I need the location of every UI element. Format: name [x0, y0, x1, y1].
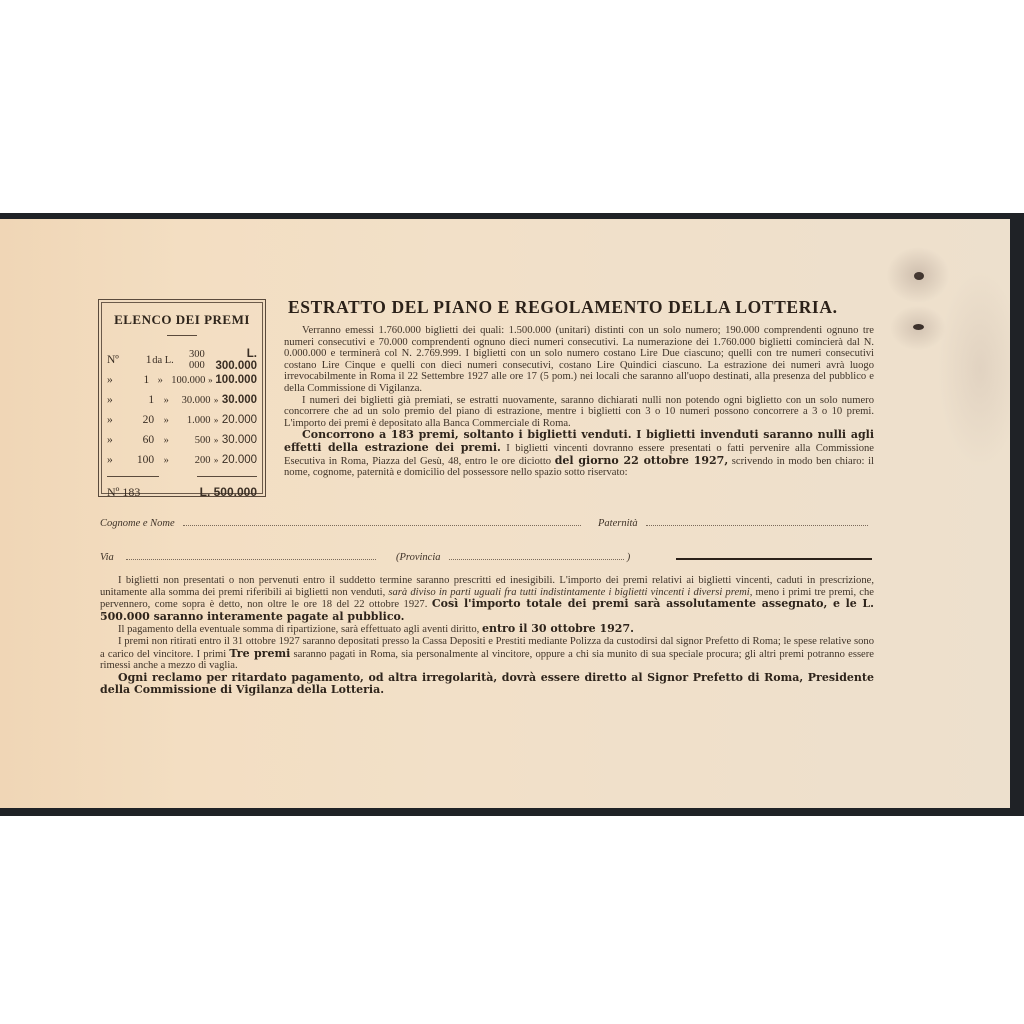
prize-separator: »: [211, 415, 222, 425]
prize-count-total: Nº 183: [107, 485, 140, 500]
prize-row: »1»30.000»30.000: [107, 390, 257, 410]
prize-unit-amount: 500: [179, 435, 211, 446]
prize-unit-prefix: »: [154, 455, 178, 466]
prize-total-amount: L. 300.000: [215, 348, 257, 372]
province-label: (Provincia: [396, 552, 441, 563]
divider: [676, 558, 872, 560]
prize-unit-amount: 1.000: [179, 415, 211, 426]
divider: [107, 476, 257, 477]
street-field[interactable]: [126, 551, 376, 560]
prize-unit-amount: 200: [179, 455, 211, 466]
extra-field-row: [676, 551, 872, 563]
street-field-row: Via: [100, 551, 376, 563]
prize-rows: Nº1da L.300 000L. 300.000»1»100.000»100.…: [107, 350, 257, 470]
prize-count: 1: [135, 394, 154, 406]
prize-unit-prefix: »: [154, 395, 178, 406]
name-field-row: Cognome e Nome: [100, 517, 581, 529]
prize-total-amount: 30.000: [222, 434, 257, 446]
prize-prefix: »: [107, 454, 135, 466]
prize-unit-prefix: »: [154, 435, 178, 446]
prize-unit-amount: 100.000: [171, 375, 205, 386]
prize-list-box: ELENCO DEI PREMI Nº1da L.300 000L. 300.0…: [98, 299, 266, 497]
prize-separator: »: [205, 375, 215, 385]
paternity-field[interactable]: [646, 517, 868, 526]
prize-count: 20: [135, 414, 154, 426]
paragraph-tickets: Verranno emessi 1.760.000 biglietti dei …: [284, 325, 874, 395]
prize-total-amount: 100.000: [215, 374, 257, 386]
paternity-field-row: Paternità: [598, 517, 868, 529]
prize-list-title: ELENCO DEI PREMI: [107, 312, 257, 328]
prize-unit-prefix: »: [149, 375, 171, 386]
prize-separator: »: [211, 395, 222, 405]
prize-separator: »: [211, 455, 222, 465]
paragraph-prizes: Concorrono a 183 premi, soltanto i bigli…: [284, 429, 874, 478]
province-field-row: (Provincia ): [396, 551, 630, 563]
prize-prefix: »: [107, 394, 135, 406]
prize-count: 1: [134, 354, 152, 366]
paternity-label: Paternità: [598, 518, 638, 529]
regulation-text: Verranno emessi 1.760.000 biglietti dei …: [284, 325, 874, 479]
document-title: ESTRATTO DEL PIANO E REGOLAMENTO DELLA L…: [288, 297, 838, 318]
prize-count: 100: [135, 454, 154, 466]
prize-row: »100»200»20.000: [107, 450, 257, 470]
prize-count: 1: [132, 374, 149, 386]
paragraph-complaints: Ogni reclamo per ritardato pagamento, od…: [100, 672, 874, 697]
prize-row: Nº1da L.300 000L. 300.000: [107, 350, 257, 370]
prize-total-amount: 30.000: [222, 394, 257, 406]
province-field[interactable]: [449, 551, 624, 560]
divider: [167, 335, 197, 336]
prize-unit-amount: 300 000: [175, 349, 205, 371]
prize-row: »20»1.000»20.000: [107, 410, 257, 430]
prize-total-amount: 20.000: [222, 414, 257, 426]
prize-prefix: »: [107, 434, 135, 446]
pin-hole: [914, 272, 924, 280]
street-label: Via: [100, 552, 114, 563]
regulation-text-lower: I biglietti non presentati o non pervenu…: [100, 575, 874, 697]
prize-prefix: »: [107, 374, 132, 386]
name-label: Cognome e Nome: [100, 518, 175, 529]
prize-unit-amount: 30.000: [179, 395, 211, 406]
pin-hole: [913, 324, 924, 330]
paragraph-prescription: I biglietti non presentati o non pervenu…: [100, 575, 874, 623]
prize-row: »1»100.000»100.000: [107, 370, 257, 390]
lottery-ticket-back: ELENCO DEI PREMI Nº1da L.300 000L. 300.0…: [0, 219, 1010, 808]
prize-amount-total: L. 500.000: [200, 485, 257, 500]
prize-sum-row: Nº 183 L. 500.000: [107, 485, 257, 500]
name-field[interactable]: [183, 517, 581, 526]
paragraph-unclaimed: I premi non ritirati entro il 31 ottobre…: [100, 636, 874, 672]
prize-row: »60»500»30.000: [107, 430, 257, 450]
paragraph-numbers: I numeri dei biglietti già premiati, se …: [284, 395, 874, 430]
prize-separator: »: [211, 435, 222, 445]
prize-prefix: »: [107, 414, 135, 426]
prize-unit-prefix: »: [154, 415, 178, 426]
prize-prefix: Nº: [107, 354, 134, 366]
paragraph-payment: Il pagamento della eventuale somma di ri…: [100, 623, 874, 636]
prize-count: 60: [135, 434, 154, 446]
prize-total-amount: 20.000: [222, 454, 257, 466]
prize-unit-prefix: da L.: [151, 355, 174, 366]
